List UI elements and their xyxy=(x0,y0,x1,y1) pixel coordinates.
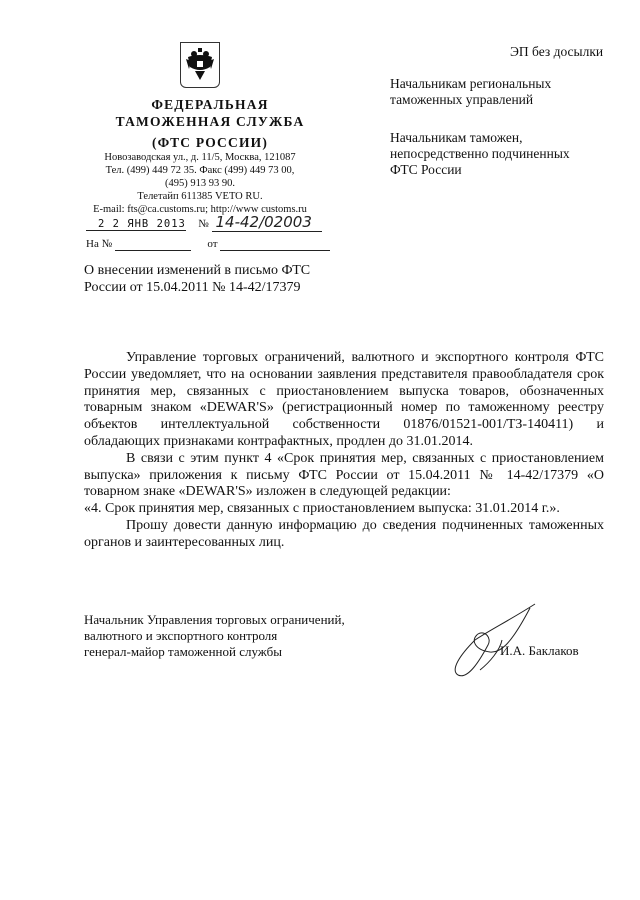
ref-date-blank xyxy=(220,238,330,251)
reference-line: На № от xyxy=(86,238,330,251)
recipient-line: непосредственно подчиненных xyxy=(390,146,620,162)
signatory-position: Начальник Управления торговых ограничени… xyxy=(84,612,345,660)
body-paragraph-2: В связи с этим пункт 4 «Срок принятия ме… xyxy=(84,451,604,501)
phone-line-2: (495) 913 93 90. xyxy=(50,177,350,190)
registration-line: 2 2 ЯНВ 2013 № 14-42/02003 xyxy=(86,213,322,232)
body-paragraph-3: «4. Срок принятия мер, связанных с приос… xyxy=(84,501,604,518)
org-name: ФЕДЕРАЛЬНАЯ ТАМОЖЕННАЯ СЛУЖБА (ФТС РОССИ… xyxy=(80,96,340,151)
org-name-line3: (ФТС РОССИИ) xyxy=(80,134,340,151)
recipients-group-2: Начальникам таможен, непосредственно под… xyxy=(390,130,620,178)
registration-number: 14-42/02003 xyxy=(212,213,322,232)
body-paragraph-1: Управление торговых ограничений, валютно… xyxy=(84,350,604,451)
subject-line: О внесении изменений в письмо ФТС xyxy=(84,262,364,279)
org-name-line1: ФЕДЕРАЛЬНАЯ xyxy=(80,96,340,113)
recipient-line: таможенных управлений xyxy=(390,92,620,108)
teletype-line: Телетайп 611385 VETO RU. xyxy=(50,190,350,203)
position-line: валютного и экспортного контроля xyxy=(84,628,345,644)
ref-label: На № xyxy=(86,238,112,250)
recipient-line: Начальникам региональных xyxy=(390,76,620,92)
recipient-line: ФТС России xyxy=(390,162,620,178)
double-headed-eagle-icon xyxy=(185,47,215,83)
recipients-group-1: Начальникам региональных таможенных упра… xyxy=(390,76,620,108)
position-line: генерал-майор таможенной службы xyxy=(84,644,345,660)
recipient-line: Начальникам таможен, xyxy=(390,130,620,146)
letter-body: Управление торговых ограничений, валютно… xyxy=(84,350,604,552)
org-address: Новозаводская ул., д. 11/5, Москва, 1210… xyxy=(50,151,350,216)
delivery-note: ЭП без досылки xyxy=(510,44,603,60)
signatory-name: И.А. Баклаков xyxy=(500,643,579,659)
number-label: № xyxy=(189,218,209,230)
phone-line: Тел. (499) 449 72 35. Факс (499) 449 73 … xyxy=(50,164,350,177)
address-line: Новозаводская ул., д. 11/5, Москва, 1210… xyxy=(50,151,350,164)
emblem-icon xyxy=(180,42,220,88)
org-name-line2: ТАМОЖЕННАЯ СЛУЖБА xyxy=(80,113,340,130)
from-label: от xyxy=(194,238,218,250)
subject-line: России от 15.04.2011 № 14-42/17379 xyxy=(84,279,364,296)
ref-number-blank xyxy=(115,238,191,251)
position-line: Начальник Управления торговых ограничени… xyxy=(84,612,345,628)
subject: О внесении изменений в письмо ФТС России… xyxy=(84,262,364,296)
body-paragraph-4: Прошу довести данную информацию до сведе… xyxy=(84,518,604,552)
handwritten-signature-icon xyxy=(430,600,540,680)
registration-date: 2 2 ЯНВ 2013 xyxy=(86,218,186,231)
